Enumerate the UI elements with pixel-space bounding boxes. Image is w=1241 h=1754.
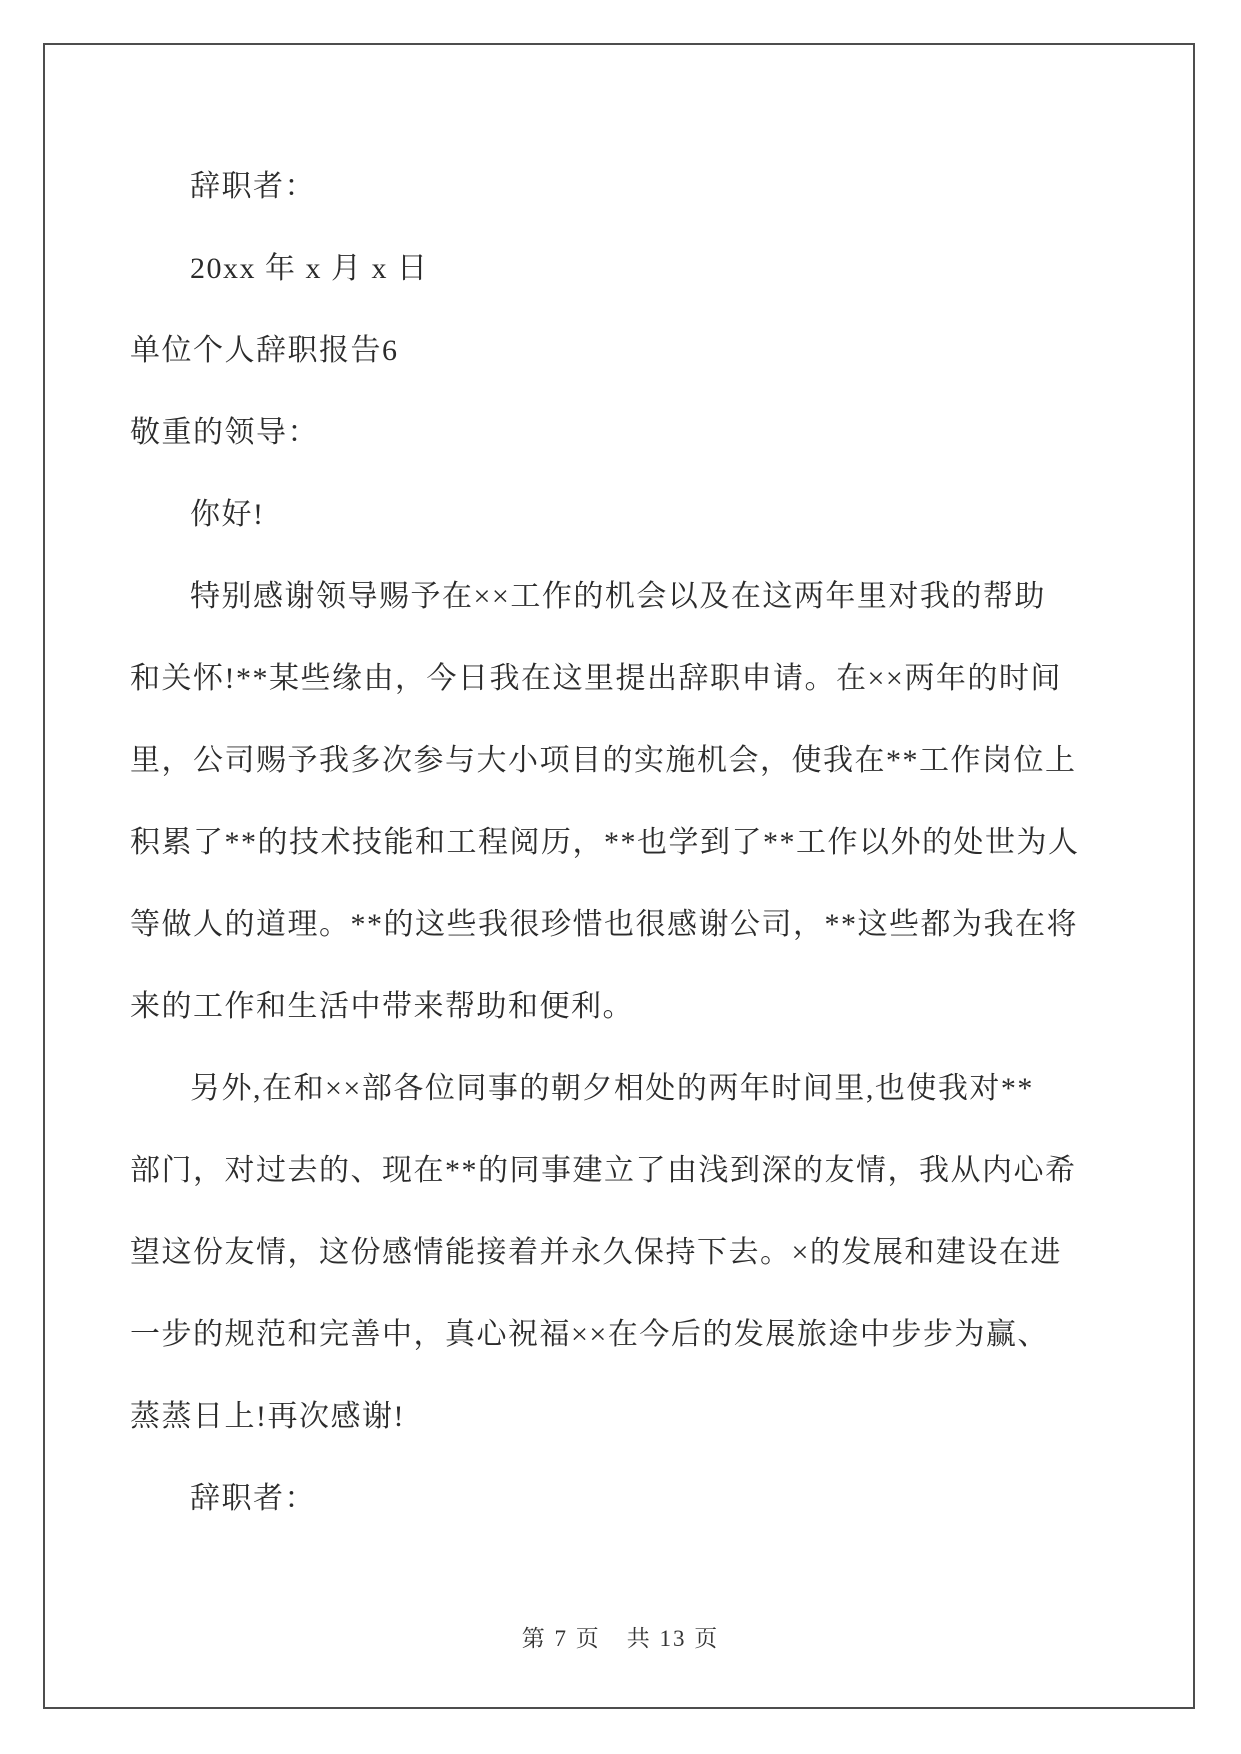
text-line: 另外,在和××部各位同事的朝夕相处的两年时间里,也使我对**: [130, 1048, 1050, 1130]
text-line: 部门，对过去的、现在**的同事建立了由浅到深的友情，我从内心希: [130, 1130, 1050, 1212]
text-line: 等做人的道理。**的这些我很珍惜也很感谢公司，**这些都为我在将: [130, 884, 1050, 966]
text-line: 里，公司赐予我多次参与大小项目的实施机会，使我在**工作岗位上: [130, 720, 1050, 802]
text-line: 和关怀!**某些缘由，今日我在这里提出辞职申请。在××两年的时间: [130, 638, 1050, 720]
document-page: 辞职者：20xx 年 x 月 x 日单位个人辞职报告6敬重的领导：你好!特别感谢…: [0, 0, 1241, 1754]
text-line: 望这份友情，这份感情能接着并永久保持下去。×的发展和建设在进: [130, 1212, 1050, 1294]
page-footer: 第 7 页共 13 页: [0, 1620, 1241, 1653]
text-line: 辞职者：: [130, 146, 1050, 228]
text-line: 敬重的领导：: [130, 392, 1050, 474]
text-line: 辞职者：: [130, 1458, 1050, 1540]
text-line: 积累了**的技术技能和工程阅历，**也学到了**工作以外的处世为人: [130, 802, 1050, 884]
text-line: 你好!: [130, 474, 1050, 556]
text-line: 来的工作和生活中带来帮助和便利。: [130, 966, 1050, 1048]
text-line: 一步的规范和完善中，真心祝福××在今后的发展旅途中步步为赢、: [130, 1294, 1050, 1376]
text-line: 特别感谢领导赐予在××工作的机会以及在这两年里对我的帮助: [130, 556, 1050, 638]
text-line: 单位个人辞职报告6: [130, 310, 1050, 392]
text-line: 蒸蒸日上!再次感谢!: [130, 1376, 1050, 1458]
footer-total-pages: 共 13 页: [627, 1620, 720, 1653]
document-body: 辞职者：20xx 年 x 月 x 日单位个人辞职报告6敬重的领导：你好!特别感谢…: [130, 146, 1050, 1540]
text-line: 20xx 年 x 月 x 日: [130, 228, 1050, 310]
footer-current-page: 第 7 页: [522, 1620, 601, 1653]
